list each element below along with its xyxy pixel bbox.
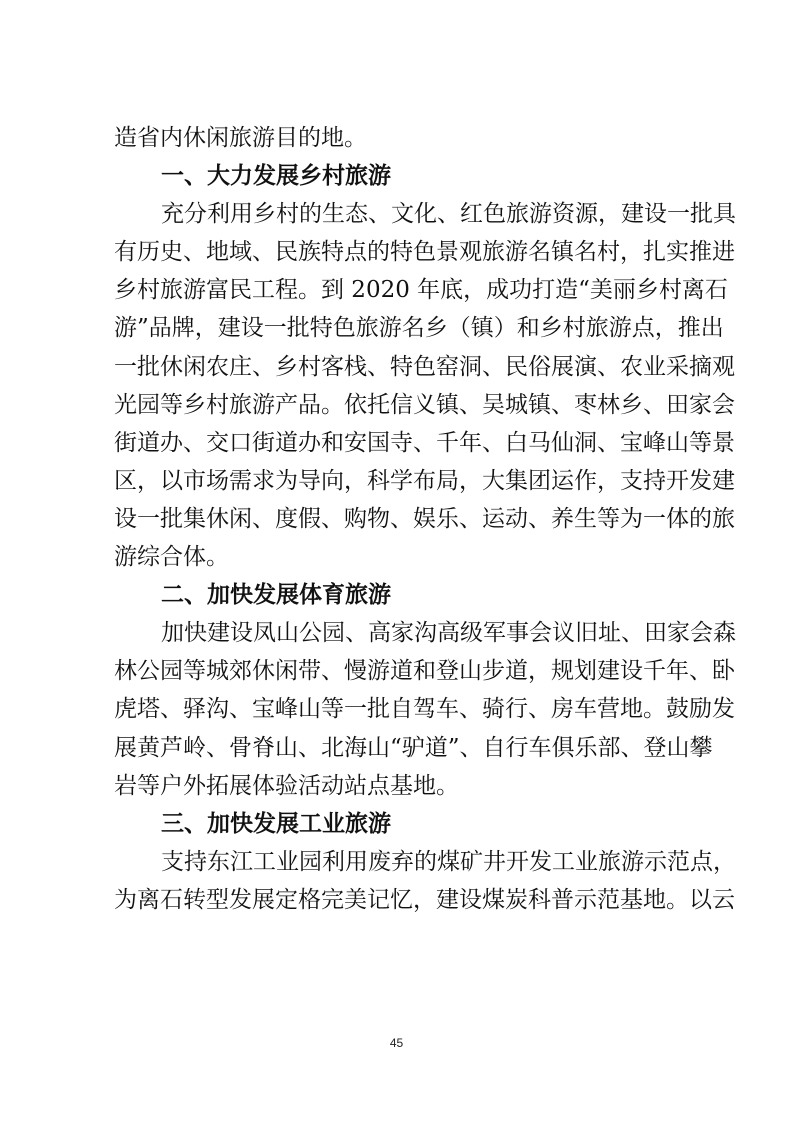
paragraph-line: 为离石转型发展定格完美记忆，建设煤炭科普示范基地。以云 bbox=[114, 881, 680, 919]
paragraph-line: 充分利用乡村的生态、文化、红色旅游资源，建设一批具 bbox=[114, 195, 680, 233]
document-body: 造省内休闲旅游目的地。一、大力发展乡村旅游充分利用乡村的生态、文化、红色旅游资源… bbox=[114, 119, 680, 919]
section-heading: 二、加快发展体育旅游 bbox=[114, 576, 680, 614]
paragraph-line: 一批休闲农庄、乡村客栈、特色窑洞、民俗展演、农业采摘观 bbox=[114, 348, 680, 386]
document-page: 造省内休闲旅游目的地。一、大力发展乡村旅游充分利用乡村的生态、文化、红色旅游资源… bbox=[0, 0, 793, 1122]
section-heading: 三、加快发展工业旅游 bbox=[114, 805, 680, 843]
paragraph-line: 乡村旅游富民工程。到 2020 年底，成功打造“美丽乡村离石 bbox=[114, 271, 680, 309]
paragraph-line: 设一批集休闲、度假、购物、娱乐、运动、养生等为一体的旅 bbox=[114, 500, 680, 538]
paragraph-line: 游综合体。 bbox=[114, 538, 680, 576]
paragraph-line: 光园等乡村旅游产品。依托信义镇、吴城镇、枣林乡、田家会 bbox=[114, 386, 680, 424]
section-heading: 一、大力发展乡村旅游 bbox=[114, 157, 680, 195]
paragraph-line: 展黄芦岭、骨脊山、北海山“驴道”、自行车俱乐部、登山攀 bbox=[114, 729, 680, 767]
paragraph-line: 虎塔、驿沟、宝峰山等一批自驾车、骑行、房车营地。鼓励发 bbox=[114, 690, 680, 728]
paragraph-line: 游”品牌，建设一批特色旅游名乡（镇）和乡村旅游点，推出 bbox=[114, 309, 680, 347]
page-number: 45 bbox=[0, 1036, 793, 1050]
paragraph-line: 支持东江工业园利用废弃的煤矿井开发工业旅游示范点， bbox=[114, 843, 680, 881]
paragraph-line: 加快建设凤山公园、高家沟高级军事会议旧址、田家会森 bbox=[114, 614, 680, 652]
paragraph-line: 有历史、地域、民族特点的特色景观旅游名镇名村，扎实推进 bbox=[114, 233, 680, 271]
paragraph-line: 街道办、交口街道办和安国寺、千年、白马仙洞、宝峰山等景 bbox=[114, 424, 680, 462]
paragraph-line: 岩等户外拓展体验活动站点基地。 bbox=[114, 767, 680, 805]
paragraph-line: 林公园等城郊休闲带、慢游道和登山步道，规划建设千年、卧 bbox=[114, 652, 680, 690]
paragraph-line: 造省内休闲旅游目的地。 bbox=[114, 119, 680, 157]
paragraph-line: 区，以市场需求为导向，科学布局，大集团运作，支持开发建 bbox=[114, 462, 680, 500]
